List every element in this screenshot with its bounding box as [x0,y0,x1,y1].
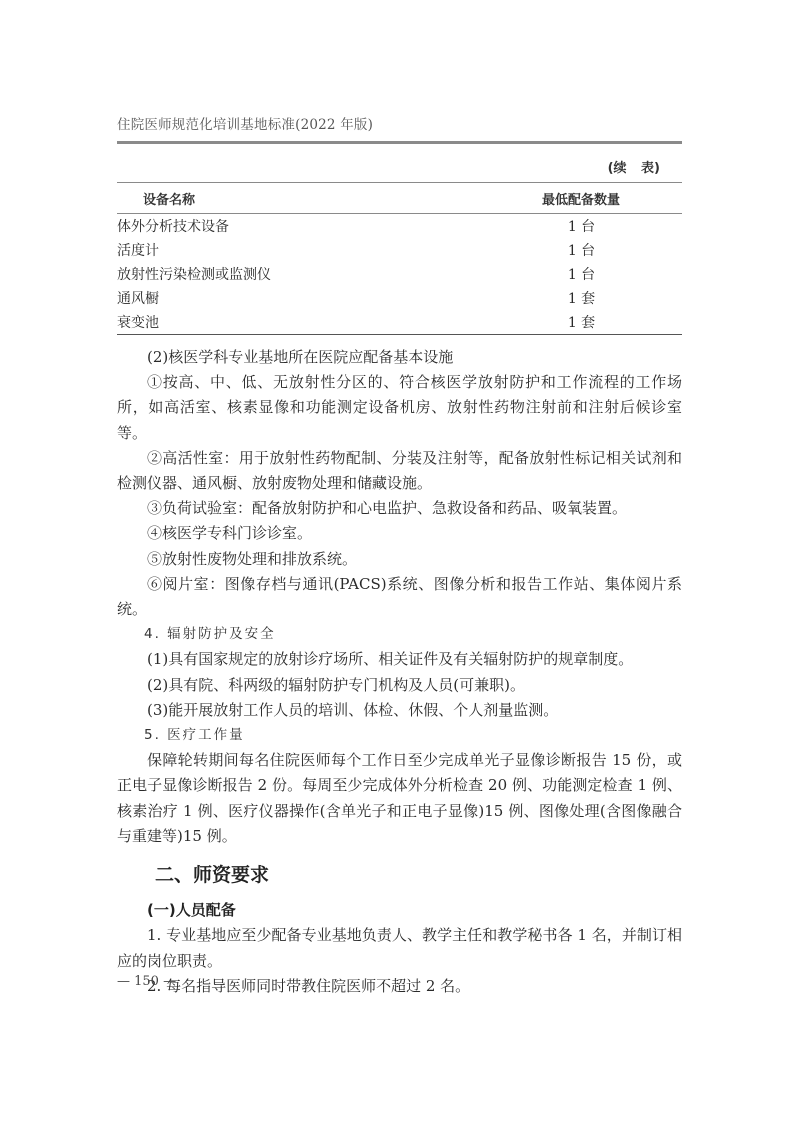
staffing-item: 2. 每名指导医师同时带教住院医师不超过 2 名。 [117,974,682,999]
column-header-quantity: 最低配备数量 [461,183,682,214]
equipment-table: 设备名称 最低配备数量 体外分析技术设备 1 台 活度计 1 台 放射性污染检测… [117,182,682,335]
radiation-item: (2)具有院、科两级的辐射防护专门机构及人员(可兼职)。 [117,673,682,698]
facilities-heading: (2)核医学科专业基地所在医院应配备基本设施 [117,345,682,370]
header-rule [117,141,682,144]
column-header-equipment: 设备名称 [117,183,461,214]
facility-item: ③负荷试验室：配备放射防护和心电监护、急救设备和药品、吸氧装置。 [117,496,682,521]
equipment-quantity: 1 台 [461,214,682,239]
page-number: — 150 — [117,974,176,989]
table-row: 体外分析技术设备 1 台 [117,214,682,239]
equipment-name: 放射性污染检测或监测仪 [117,262,461,286]
radiation-item: (3)能开展放射工作人员的培训、体检、休假、个人剂量监测。 [117,698,682,723]
table-row: 通风橱 1 套 [117,286,682,310]
table-header-row: 设备名称 最低配备数量 [117,183,682,214]
equipment-name: 衰变池 [117,310,461,335]
facility-item: ⑥阅片室：图像存档与通讯(PACS)系统、图像分析和报告工作站、集体阅片系统。 [117,572,682,622]
table-row: 活度计 1 台 [117,238,682,262]
workload-heading: 5. 医疗工作量 [117,723,682,748]
staffing-subheading: (一)人员配备 [117,898,682,923]
staffing-item: 1. 专业基地应至少配备专业基地负责人、教学主任和教学秘书各 1 名，并制订相应… [117,923,682,973]
equipment-quantity: 1 台 [461,262,682,286]
facility-item: ④核医学专科门诊诊室。 [117,521,682,546]
facility-item: ⑤放射性废物处理和排放系统。 [117,547,682,572]
table-continuation-label: (续 表) [608,157,660,176]
facility-item: ①按高、中、低、无放射性分区的、符合核医学放射防护和工作流程的工作场所，如高活室… [117,370,682,446]
equipment-name: 通风橱 [117,286,461,310]
table-row: 衰变池 1 套 [117,310,682,335]
equipment-quantity: 1 台 [461,238,682,262]
radiation-item: (1)具有国家规定的放射诊疗场所、相关证件及有关辐射防护的规章制度。 [117,647,682,672]
equipment-name: 体外分析技术设备 [117,214,461,239]
table-row: 放射性污染检测或监测仪 1 台 [117,262,682,286]
equipment-name: 活度计 [117,238,461,262]
equipment-quantity: 1 套 [461,310,682,335]
running-head: 住院医师规范化培训基地标准(2022 年版) [117,113,373,133]
body-text: (2)核医学科专业基地所在医院应配备基本设施 ①按高、中、低、无放射性分区的、符… [117,345,682,999]
workload-text: 保障轮转期间每名住院医师每个工作日至少完成单光子显像诊断报告 15 份，或正电子… [117,748,682,849]
equipment-quantity: 1 套 [461,286,682,310]
radiation-heading: 4. 辐射防护及安全 [117,622,682,647]
faculty-heading: 二、师资要求 [117,863,682,888]
facility-item: ②高活性室：用于放射性药物配制、分装及注射等，配备放射性标记相关试剂和检测仪器、… [117,446,682,496]
